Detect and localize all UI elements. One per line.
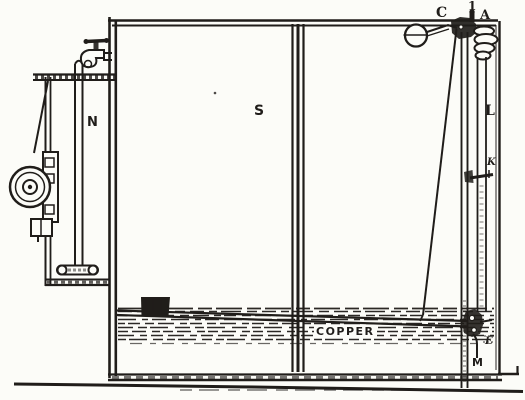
ground-line [14,384,523,392]
label-e: E [485,337,493,347]
label-k: K [487,158,496,168]
label-c: C [436,6,447,20]
label-copper: COPPER [314,326,377,338]
label-m: M [472,357,483,368]
label-s: S [254,104,264,118]
ink-speck [214,92,217,95]
weight-block [141,297,170,316]
standpipe [462,32,468,388]
engraving-linework [0,0,525,400]
electrode-rod-n [57,61,98,275]
knurled-column [474,27,498,60]
stopcock [81,38,112,68]
label-a: A [480,9,490,22]
label-1: 1 [468,0,476,12]
pendulum-rod [420,29,457,321]
label-n: N [87,116,98,129]
figure-plate: N S C 1 A L K E M COPPER [0,0,525,400]
label-l: L [485,104,495,118]
